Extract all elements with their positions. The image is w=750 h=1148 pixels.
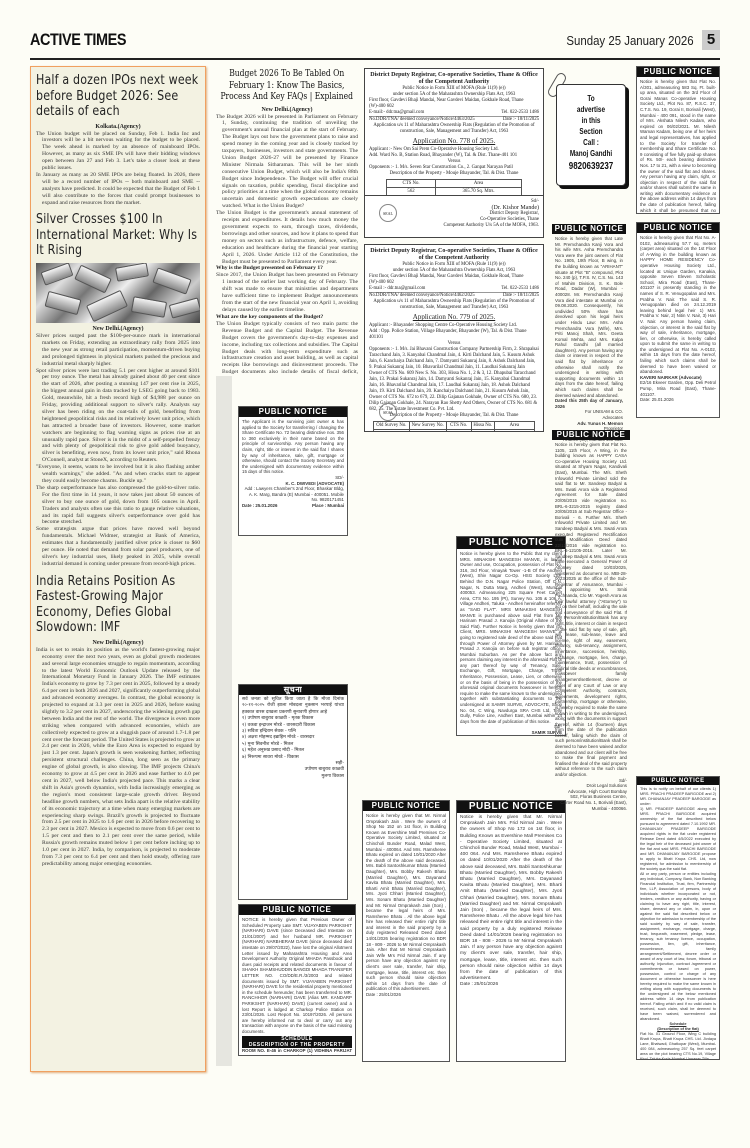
notice-body: Notice is hereby given that Flat No. A-0… [640,235,716,375]
ddr-notice-779: District Deputy Registrar, Co-operative … [364,244,544,432]
advert-line: in this [564,115,618,126]
notice-act: Application u/s 11 of Maharashtra Owners… [369,299,539,311]
property-table: CTS No.Area 562365.70 Sq. Mtrs. [386,179,522,196]
page-number: 5 [702,30,720,50]
article-paragraph: Silver prices surged past the $100-per-o… [36,333,200,368]
notice-applicant-address: Add : Opp. Police Station, Village Bhaya… [369,329,539,341]
silver-bar-icon [131,296,167,318]
table-cell: 303 [409,430,446,433]
public-notice-manve: PUBLIC NOTICE Notice is hereby given to … [456,536,566,736]
advert-line: To [564,93,618,104]
public-notice-header: PUBLIC NOTICE [552,224,626,234]
notice-address: Mumbai - 400066. [555,806,627,812]
public-notice-header: PUBLIC NOTICE [637,223,719,233]
news-column-left: Half a dozen IPOs next week before Budge… [30,66,206,1072]
public-notice-dave: PUBLIC NOTICE NOTICE is hereby given tha… [238,904,356,1056]
budget-article: Budget 2026 To Be Tabled On February 1: … [214,66,360,376]
article-dateline: New Delhi.(Agency) [216,107,358,113]
table-cell: 409 [374,430,409,433]
article-paragraph: India is set to retain its position as t… [36,647,200,868]
public-notice-vora: PUBLIC NOTICE Notice is hereby given tha… [552,224,626,444]
notice-phone: Tel. 022-2533 1486 [501,110,539,116]
notice-body: 1) MR. PRADEEP BARGODE along with MRS. P… [640,807,716,872]
ddr-notice-778: District Deputy Registrar, Co-operative … [364,68,544,196]
table-header: Area [494,422,534,430]
notice-address: Add : Lawyers Chamber's 2nd Floor, Bhask… [242,486,344,503]
ddr-notice-778-signature: SEAL Sd/- (Dr. Kishor Mande) District De… [364,196,544,238]
article-subhead: What are the key components of the Budge… [216,314,358,321]
article-headline-silver[interactable]: Silver Crosses $100 In International Mar… [36,212,200,259]
article-headline-imf[interactable]: India Retains Position As Fastest-Growin… [36,574,200,636]
notice-title: District Deputy Registrar, Co-operative … [369,72,539,86]
silver-bar-icon [169,297,200,318]
article-dateline: New Delhi.(Agency) [36,640,200,646]
notice-body: Notice is hereby given that Flat No. 110… [555,442,627,778]
notice-date: Dated this 25th day of January, 2026 [555,398,623,409]
notice-body: Notice is hereby given to the Public tha… [460,551,562,724]
public-notice-bargode: PUBLIC NOTICE This is to notify on behal… [636,776,720,1060]
notice-body: Notice is hereby given that Flat No. A/3… [640,79,716,214]
seal-icon: SEAL [379,403,397,421]
article-paragraph: The Union budget will be placed on Sunda… [36,131,200,172]
table-header: CTS No. [446,422,471,430]
silver-bar-icon [45,291,82,315]
advert-phone[interactable]: 9820639237 [564,161,618,172]
notice-date: Date : 25.01.2026 [242,503,277,509]
property-description: ROOM NO. E-46 in CHARKOP (1) VIDHINA PAR… [242,1048,352,1056]
silver-bar-icon [41,263,74,286]
article-paragraph: Spot silver prices were last trading 5.1… [36,368,200,465]
advertise-here-card: To advertise in this Section Call : Mano… [552,72,630,192]
article-paragraph: In January as many as 20 SME IPOs are be… [36,172,200,207]
advert-line: Section [564,126,618,137]
public-notice-hindi: सूचना सर्व जनता को सूचित किया जाता है कि… [238,684,348,900]
article-paragraph: The Union Budget is the government's ann… [216,210,358,265]
notice-body: Notice is hereby given that Mr. Nirmal O… [366,813,446,992]
advert-line: Call : [564,137,618,148]
notice-opponents: Opponents :- 1. M/s. Jai Bhavani Constru… [369,347,539,413]
notice-address: First floor, Gavdevi Bhaji Mandai, Near … [369,98,539,110]
advert-card: To advertise in this Section Call : Mano… [556,84,626,186]
table-cell: 3150.90 Sq. Mtrs. [494,430,534,433]
article-paragraph: Some strategists argue that prices have … [36,526,200,567]
table-header: Area [436,180,522,188]
newspaper-title: ACTIVE TIMES [30,30,126,50]
public-notice-header: PUBLIC NOTICE [637,777,719,785]
public-notice-kadam: PUBLIC NOTICE Notice is hereby given tha… [636,66,720,214]
public-notice-header: PUBLIC NOTICE [239,407,347,417]
table-header: New Survey No. [409,422,446,430]
table-cell: 365.70 Sq. Mtrs. [436,188,522,196]
application-number: Application No. 778 of 2025. [369,137,539,145]
public-notice-badyal: PUBLIC NOTICE Notice is hereby given tha… [552,430,630,1060]
notice-body: This is to notify on behalf of our clien… [640,787,716,807]
notice-act: Application u/s 11 of Maharashtra Owners… [369,123,539,135]
issue-date: Sunday 25 January 2026 [567,33,694,48]
article-subhead: Why is the Budget presented on February … [216,265,358,272]
advert-line: advertise [564,104,618,115]
notice-body: सर्व जनता को सूचित किया जाता है कि मौजा … [242,697,344,716]
notice-body: Notice is hereby given that Mr. Nirmal O… [460,815,562,982]
article-dateline: Kolkata.(Agency) [36,124,200,130]
notice-place: Place : Mumbai [312,503,344,509]
notice-address: E2/16 Ekveer Garden, Opp. Deli Petrol Pu… [640,380,716,397]
silver-bar-icon [115,263,149,282]
notice-address: First floor, Gavdevi Bhaji Mandai, Near … [369,274,539,286]
table-header: CTS No. [387,180,436,188]
article-paragraph: The Union Budget typically consists of t… [216,321,358,376]
public-notice-header: PUBLIC NOTICE [457,801,565,813]
table-cell: 672 to 682 [446,430,471,433]
notice-date: Date : 25/01/2026 [366,992,446,998]
gutter-band [216,376,232,1066]
notice-phone: Tel. 022-2533 1486 [501,286,539,292]
table-header: Old Survey No. [374,422,409,430]
notice-date: Date: 25.01.2026 [640,397,716,403]
masthead: ACTIVE TIMES Sunday 25 January 2026 5 [30,30,720,58]
property-description: Flat No. 01 Ground Floor, Wing C buildin… [640,1032,716,1060]
article-paragraph: "Everyone, it seems, wants to be involve… [36,464,200,485]
notice-email[interactable]: E-mail:- ddr.tna@gmail.com [369,110,424,116]
application-number: Application No. 779 of 2025. [369,313,539,321]
article-headline-ipo[interactable]: Half a dozen IPOs next week before Budge… [36,73,200,120]
public-notice-header: PUBLIC NOTICE [239,905,355,915]
notice-title: District Deputy Registrar, Co-operative … [369,248,539,262]
public-notice-nair: PUBLIC NOTICE Notice is hereby given tha… [636,222,720,418]
article-headline-budget[interactable]: Budget 2026 To Be Tabled On February 1: … [216,68,358,103]
public-notice-header: सूचना [239,685,347,695]
article-paragraph: The sharp outperformance has also compre… [36,485,200,526]
article-paragraph: Since 2017, the Union Budget has been pr… [216,272,358,313]
designation: Competent Authority U/s 5A of the MOFA, … [369,223,539,229]
silver-bars-photo [36,263,200,323]
advert-contact-name: Manoj Gandhi [564,148,618,159]
public-notice-jain-172: PUBLIC NOTICE Notice is hereby given tha… [456,800,566,1062]
notice-body: All or any party, person or entities inc… [640,872,716,1022]
table-header: Hissa No. [471,422,494,430]
notice-address: Carter Road No. 1, Borivali (East), [555,800,627,806]
public-notice-jain-152: PUBLIC NOTICE Notice is hereby given tha… [362,800,450,1062]
article-paragraph: The Budget 2026 will be presented in Par… [216,114,358,211]
notice-body: Notice is hereby given that Late Mr. Pre… [555,236,623,398]
silver-bar-icon [86,290,128,322]
notice-property: Description of the Property - Mouje Bhay… [369,171,539,177]
silver-bar-icon [74,265,112,294]
article-dateline: New Delhi.(Agency) [36,326,200,332]
public-notice-header: PUBLIC NOTICE [363,801,449,811]
property-table: Old Survey No. New Survey No. CTS No. Hi… [373,421,535,432]
notice-email[interactable]: E-mail :- ddr.tna@gmail.com [369,286,425,292]
notice-body: NOTICE is hereby given that Previous Own… [242,917,352,1034]
notice-date: Date : 25/01/2026 [460,982,562,988]
public-notice-dwivedi: PUBLIC NOTICE The Applicant is the survi… [238,406,348,536]
masthead-rule [30,58,720,60]
table-cell: 562 [387,188,436,196]
table-cell: 1, 2 & 3 [471,430,494,433]
notice-body: The Applicant is the surviving joint own… [242,419,344,475]
seal-icon: SEAL [379,204,397,222]
signatory-role: मुलगा विकास [242,774,344,780]
silver-bar-icon [152,267,191,294]
public-notice-header: PUBLIC NOTICE [637,67,719,77]
public-notice-header: PUBLIC NOTICE [457,537,565,549]
public-notice-header: PUBLIC NOTICE [552,430,630,440]
